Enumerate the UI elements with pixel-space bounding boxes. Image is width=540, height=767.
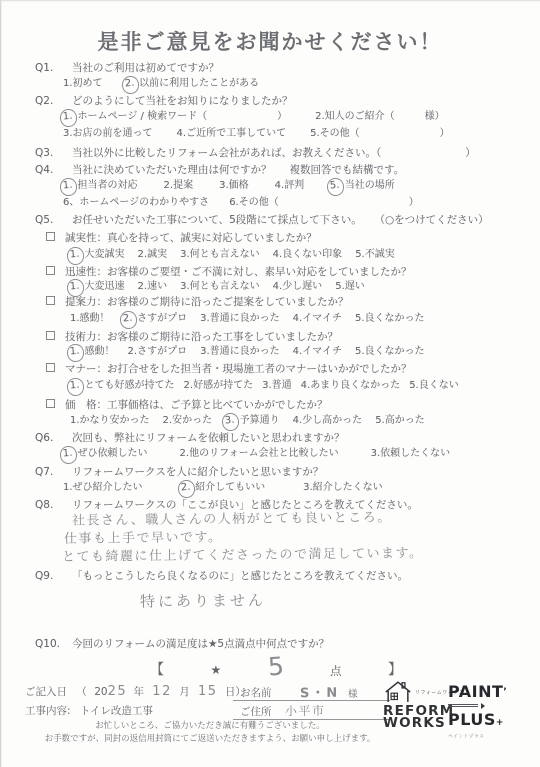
- q6-text: 次回も、弊社にリフォームを依頼したいと思われますか？: [72, 432, 344, 444]
- survey-sheet: 是非ご意見をお聞かせください！ Q1.当社のご利用は初めてですか？ 1.初めて2…: [0, 0, 540, 767]
- option-label: 当社の場所: [345, 180, 395, 191]
- checkbox-icon: [46, 232, 55, 241]
- option: 2.好感が持てた: [184, 380, 254, 391]
- option: 4.少し遅い: [273, 281, 323, 292]
- option-number: 5.: [375, 415, 385, 428]
- option-label: 良くなかった: [365, 346, 425, 357]
- option: 3.普通に良かった: [200, 313, 280, 324]
- option: 2.以前に利用したことがある: [125, 78, 260, 89]
- q6-label: Q6.: [35, 432, 72, 445]
- option: 5.良くなかった: [355, 313, 425, 324]
- option-label: 普通に良かった: [210, 346, 280, 357]
- q6-question: Q6.次回も、弊社にリフォームを依頼したいと思われますか？: [35, 432, 344, 445]
- option: 4.あまり良くなかった: [301, 380, 401, 391]
- option-number: 5.: [310, 128, 320, 141]
- option: 4.ご近所で工事していて: [177, 128, 287, 139]
- option-number: 1.: [70, 415, 80, 428]
- q5-item-proposal-options: 1.感動！2.さすがプロ3.普通に良かった4.イマイチ5.良くなかった: [70, 313, 438, 326]
- option-number: 2.: [163, 415, 173, 428]
- option-label: 提案: [173, 180, 193, 191]
- option-number: 2.: [138, 249, 148, 262]
- checkbox-icon: [46, 296, 55, 305]
- scan-edge-top: [0, 0, 540, 2]
- selected-option-circle: 1.: [59, 445, 77, 464]
- option-number: 3.: [371, 448, 381, 461]
- q8-handwritten-answer-line2: 仕事も上手で早いです。: [64, 530, 223, 548]
- option-number: 2.: [128, 346, 138, 359]
- option-label: あまり良くなかった: [310, 380, 400, 391]
- option-label: 良くなかった: [365, 313, 425, 324]
- option-number: 4.: [301, 380, 311, 393]
- name-handwritten: S・N: [300, 682, 339, 701]
- q4-question: Q4.当社に決めていただいた理由は何ですか？複数回答でも結構です。: [35, 164, 404, 177]
- option-label: 予算通り: [240, 415, 280, 426]
- q5-note: （○をつけてください）: [380, 214, 489, 226]
- option-number: 3.: [303, 482, 313, 495]
- q8-handwritten-answer-line3: とても綺麗に仕上げてくださったので満足しています。: [62, 546, 424, 566]
- year-unit: 年: [133, 686, 144, 698]
- option-number: 3.: [200, 313, 210, 326]
- work-label: 工事内容:: [25, 705, 71, 717]
- option-label: 紹介したくない: [313, 482, 383, 493]
- option-number: 2.: [315, 111, 325, 124]
- q5-item-skill: 技術力：お客様のご期待に沿った工事をしていましたか？: [46, 331, 338, 344]
- option: 1.初めて: [63, 78, 103, 89]
- option-label: 何とも言えない: [190, 249, 260, 260]
- option-number: 6.: [229, 197, 239, 210]
- option-label: ホームページ / 検索ワード（ ）: [78, 111, 288, 122]
- q4-text: 当社に決めていただいた理由は何ですか？: [72, 164, 272, 176]
- q5-item-speed: 迅速性：お客様のご要望・ご不満に対し、素早い対応をしていましたか？: [46, 266, 412, 279]
- q5-item-speed-options: 1.大変迅速2.速い3.何とも言えない4.少し遅い5.遅い: [70, 281, 378, 294]
- q5-item-title: 提案力：お客様のご期待に沿ったご提案をしていましたか？: [65, 296, 349, 308]
- option-number: 4.: [273, 281, 283, 294]
- option-label: その他（ ）: [320, 128, 450, 139]
- option: 6、ホームページのわかりやすさ: [63, 197, 209, 208]
- option-number: 3.: [262, 380, 272, 393]
- option-label: ご近所で工事していて: [186, 128, 286, 139]
- option: 5.その他（ ）: [310, 128, 450, 139]
- option-label: さすがプロ: [137, 346, 187, 357]
- option-label: 普通に良かった: [210, 313, 280, 324]
- option: 5.不誠実: [355, 249, 395, 260]
- paren-open: （: [76, 686, 87, 698]
- paint-plus-stripes: [448, 703, 507, 709]
- q5-item-title: 迅速性：お客様のご要望・ご不満に対し、素早い対応をしていましたか？: [65, 266, 412, 278]
- plus-icon: +: [496, 718, 504, 728]
- option-label: 大変迅速: [85, 281, 125, 292]
- year-handwritten: 25: [108, 684, 128, 699]
- q5-label: Q5.: [35, 214, 72, 227]
- selected-option-circle: 3.: [221, 412, 239, 431]
- form-title: 是非ご意見をお聞かせください！: [0, 26, 540, 56]
- option: 5.当社の場所: [330, 180, 395, 191]
- selected-option-circle: 5.: [326, 177, 344, 196]
- option: 5.良くない: [409, 380, 459, 391]
- q3-question: Q3.当社以外に比較したリフォーム会社があれば、お教えください。（ ）: [35, 147, 476, 160]
- option-label: 遅い: [345, 281, 365, 292]
- checkbox-icon: [46, 266, 55, 275]
- option-number: 5.: [335, 281, 345, 294]
- option-number: 4.: [273, 249, 283, 262]
- option: 1.ぜひ紹介したい: [63, 482, 143, 493]
- year-prefix: 20: [94, 686, 107, 698]
- q1-label: Q1.: [35, 62, 72, 75]
- option-label: 他のリフォーム会社と比較したい: [189, 448, 339, 459]
- option: 5.良くなかった: [355, 346, 425, 357]
- option-label: ぜひ依頼したい: [78, 448, 148, 459]
- option-number: 4.: [293, 415, 303, 428]
- option: 4.イマイチ: [293, 313, 342, 324]
- selected-option-circle: 1.: [66, 246, 84, 265]
- q5-item-title: 誠実性：真心を持って、誠実に対応していましたか？: [65, 232, 317, 244]
- checkbox-icon: [46, 331, 55, 340]
- q2-options-row1: 1.ホームページ / 検索ワード（ ）2.知人のご紹介（ 様）: [63, 111, 473, 124]
- name-underline: [233, 700, 390, 701]
- option-label: 感動！: [80, 313, 110, 324]
- q5-item-price: 価 格：工事価格は、ご予算と比べていかがでしたか？: [46, 399, 328, 412]
- q8-handwritten-answer-line1: 社長さん、職人さんの人柄がとても良いところ。: [72, 510, 392, 530]
- option: 3.何とも言えない: [180, 249, 260, 260]
- option: 5.高かった: [375, 415, 425, 426]
- option-number: 1.: [63, 78, 73, 91]
- q1-question: Q1.当社のご利用は初めてですか？: [35, 62, 219, 75]
- q5-item-title: 技術力：お客様のご期待に沿った工事をしていましたか？: [65, 331, 338, 343]
- name-honorific: 様: [348, 686, 358, 700]
- q2-text: どのようにして当社をお知りになりましたか？: [72, 95, 293, 107]
- option-number: 3.: [200, 346, 210, 359]
- option: 1.ホームページ / 検索ワード（ ）: [63, 111, 287, 122]
- q4-note: 複数回答でも結構です。: [290, 164, 405, 176]
- q5-item-sincerity-options: 1.大変誠実2.誠実3.何とも言えない4.良くない印象5.不誠実: [70, 249, 408, 262]
- q1-options: 1.初めて2.以前に利用したことがある: [63, 78, 281, 91]
- option-number: 6、: [63, 197, 79, 210]
- q5-item-manner-options: 1.とても好感が持てた2.好感が持てた3.普通4.あまり良くなかった5.良くない: [70, 380, 468, 393]
- q6-options: 1.ぜひ依頼したい2.他のリフォーム会社と比較したい3.依頼したくない: [63, 448, 482, 461]
- option-label: 良くない: [419, 380, 459, 391]
- paint-plus-text-line2: PLUS: [448, 710, 496, 729]
- q8-label: Q8.: [35, 499, 72, 512]
- paint-plus-text-line1: PAINT: [448, 682, 503, 701]
- option: 3.紹介したくない: [303, 482, 383, 493]
- option-label: 少し遅い: [282, 281, 322, 292]
- option-label: その他（ ）: [239, 197, 419, 208]
- option-label: 高かった: [385, 415, 425, 426]
- option: 3.普通: [262, 380, 292, 391]
- option: 4.良くない印象: [273, 249, 343, 260]
- q4-options-row2: 6、ホームページのわかりやすさ6.その他（ ）: [63, 197, 439, 210]
- option-label: 普通: [272, 380, 292, 391]
- option: 1.担当者の対応: [63, 180, 138, 191]
- bracket-close: 】: [388, 662, 402, 680]
- triangle-icon: [481, 703, 485, 709]
- q5-item-manner: マナー：お打合せをした担当者・現場施工者のマナーはいかがでしたか？: [46, 363, 412, 376]
- q2-question: Q2.どのようにして当社をお知りになりましたか？: [35, 95, 293, 108]
- option: 1.ぜひ依頼したい: [63, 448, 148, 459]
- q7-options: 1.ぜひ紹介したい2.紹介してもいい3.紹介したくない: [63, 482, 421, 495]
- selected-option-circle: 1.: [59, 177, 77, 196]
- q9-handwritten-answer: 特にありません: [140, 591, 266, 611]
- q5-item-skill-options: 1.感動！2.さすがプロ3.普通に良かった4.イマイチ5.良くなかった: [70, 346, 438, 359]
- q9-label: Q9.: [35, 570, 72, 583]
- month-unit: 月: [179, 686, 190, 698]
- option-number: 5.: [355, 346, 365, 359]
- q7-label: Q7.: [35, 466, 72, 479]
- selected-option-circle: 2.: [119, 310, 137, 329]
- thanks-line2: お手数ですが、同封の返信用封筒にてご返送いただきますよう、お願い申し上げます。: [0, 732, 420, 744]
- option: 5.遅い: [335, 281, 365, 292]
- month-handwritten: 12: [152, 684, 172, 699]
- option-number: 4.: [293, 346, 303, 359]
- option-number: 2.: [184, 380, 194, 393]
- option-label: 初めて: [73, 78, 103, 89]
- option-label: さすがプロ: [137, 313, 187, 324]
- selected-option-circle: 2.: [121, 75, 139, 94]
- option-label: 好感が持てた: [193, 380, 253, 391]
- option: 4.イマイチ: [293, 346, 342, 357]
- option-number: 5.: [355, 249, 365, 262]
- option-label: 以前に利用したことがある: [139, 78, 259, 89]
- option-label: 知人のご紹介（ 様）: [325, 111, 445, 122]
- selected-option-circle: 2.: [177, 479, 195, 498]
- name-label: お名前: [240, 685, 272, 700]
- option-number: 2.: [180, 448, 190, 461]
- option-number: 3.: [180, 249, 190, 262]
- option: 3.何とも言えない: [180, 281, 260, 292]
- option-number: 4.: [177, 128, 187, 141]
- option: 4.少し高かった: [293, 415, 363, 426]
- q2-options-row2: 3.お店の前を通って4.ご近所で工事していて5.その他（ ）: [63, 128, 474, 141]
- option: 4.評判: [275, 180, 305, 191]
- option-number: 4.: [275, 180, 285, 193]
- option-number: 4.: [293, 313, 303, 326]
- address-handwritten: 小平市: [285, 702, 326, 719]
- thanks-line1: お忙しいところ、ご協力いただき誠に有難うございました。: [0, 719, 420, 731]
- q7-text: リフォームワークスを人に紹介したいと思いますか？: [72, 466, 323, 478]
- option-number: 2.: [138, 281, 148, 294]
- option-number: 1.: [70, 313, 80, 326]
- option-number: 1.: [63, 482, 73, 495]
- checkbox-icon: [46, 363, 55, 372]
- option: 2.誠実: [138, 249, 168, 260]
- q2-label: Q2.: [35, 95, 72, 108]
- option: 1.かなり安かった: [70, 415, 150, 426]
- option: 2.安かった: [163, 415, 213, 426]
- q10-score-row: 【 ★ 5 点 】: [150, 648, 402, 679]
- option: 3.お店の前を通って: [63, 128, 153, 139]
- option: 3.普通に良かった: [200, 346, 280, 357]
- address-label: ご住所: [240, 704, 272, 719]
- option-number: 5.: [355, 313, 365, 326]
- q4-options-row1: 1.担当者の対応2.提案3.価格4.評判5.当社の場所: [63, 180, 421, 193]
- q5-item-proposal: 提案力：お客様のご期待に沿ったご提案をしていましたか？: [46, 296, 349, 309]
- option-label: 紹介してもいい: [195, 482, 265, 493]
- option-label: 価格: [229, 180, 249, 191]
- scan-edge-left: [0, 0, 2, 767]
- q7-question: Q7.リフォームワークスを人に紹介したいと思いますか？: [35, 466, 323, 479]
- option: 2.紹介してもいい: [181, 482, 266, 493]
- selected-option-circle: 1.: [59, 108, 77, 127]
- q5-item-sincerity: 誠実性：真心を持って、誠実に対応していましたか？: [46, 232, 317, 245]
- bracket-open: 【: [150, 662, 164, 680]
- option: 3.予算通り: [225, 415, 280, 426]
- paint-plus-logo: PAINT, PLUS+ ペイントプラス: [448, 682, 507, 740]
- option-label: とても好感が持てた: [85, 380, 175, 391]
- paint-plus-comma-mark: ,: [503, 682, 506, 692]
- option-label: かなり安かった: [80, 415, 150, 426]
- q5-item-price-options: 1.かなり安かった2.安かった3.予算通り4.少し高かった5.高かった: [70, 415, 438, 428]
- option-number: 5.: [409, 380, 419, 393]
- option-label: ホームページのわかりやすさ: [79, 197, 209, 208]
- selected-option-circle: 1.: [66, 377, 84, 396]
- option: 1.大変誠実: [70, 249, 125, 260]
- q10-handwritten-score: 5: [267, 650, 285, 682]
- entry-date-row: ご記入日 （ 2025 年 12 月 15 日）: [25, 684, 246, 699]
- checkbox-icon: [46, 399, 55, 408]
- q5-item-title: 価 格：工事価格は、ご予算と比べていかがでしたか？: [65, 399, 328, 411]
- work-row: 工事内容: トイレ改造工事: [25, 703, 153, 718]
- q1-text: 当社のご利用は初めてですか？: [72, 62, 219, 74]
- option: 2.速い: [138, 281, 168, 292]
- paint-plus-katakana: ペイントプラス: [448, 732, 492, 739]
- q10-label: Q10.: [35, 638, 72, 651]
- star-icon: ★: [210, 663, 221, 679]
- date-label: ご記入日: [25, 686, 67, 698]
- q4-label: Q4.: [35, 164, 72, 177]
- option-label: 少し高かった: [302, 415, 362, 426]
- option-number: 3.: [219, 180, 229, 193]
- option: 1.感動！: [70, 313, 110, 324]
- option-label: お店の前を通って: [73, 128, 153, 139]
- work-value: トイレ改造工事: [80, 705, 153, 717]
- q5-question: Q5.お任せいただいた工事について、5段階にて採点して下さい。（○をつけてくださ…: [35, 214, 489, 227]
- option: 1.大変迅速: [70, 281, 125, 292]
- option-label: 不誠実: [365, 249, 395, 260]
- option: 3.価格: [219, 180, 249, 191]
- q9-question: Q9.「もっとこうしたら良くなるのに」と感じたところを教えてください。: [35, 570, 408, 583]
- option: 2.さすがプロ: [128, 346, 188, 357]
- option-label: ぜひ紹介したい: [73, 482, 143, 493]
- option: 2.さすがプロ: [123, 313, 188, 324]
- q8-text: リフォームワークスの「ここが良い」と感じたところを教えてください。: [72, 499, 418, 511]
- option-number: 2.: [164, 180, 174, 193]
- selected-option-circle: 1.: [66, 278, 84, 297]
- option-label: 担当者の対応: [78, 180, 138, 191]
- q5-item-title: マナー：お打合せをした担当者・現場施工者のマナーはいかがでしたか？: [65, 363, 412, 375]
- selected-option-circle: 1.: [66, 343, 84, 362]
- option-label: 速い: [147, 281, 167, 292]
- option: 2.他のリフォーム会社と比較したい: [180, 448, 339, 459]
- option: 1.とても好感が持てた: [70, 380, 175, 391]
- q3-label: Q3.: [35, 147, 72, 160]
- q9-text: 「もっとこうしたら良くなるのに」と感じたところを教えてください。: [72, 570, 408, 582]
- option-label: 感動！: [85, 346, 115, 357]
- option-label: イマイチ: [302, 313, 342, 324]
- option-label: 誠実: [147, 249, 167, 260]
- option: 6.その他（ ）: [229, 197, 419, 208]
- q10-unit: 点: [330, 664, 342, 679]
- q5-text: お任せいただいた工事について、5段階にて採点して下さい。: [72, 214, 362, 226]
- option-label: 大変誠実: [85, 249, 125, 260]
- option: 3.依頼したくない: [371, 448, 451, 459]
- option-label: イマイチ: [302, 346, 342, 357]
- option-label: 良くない印象: [282, 249, 342, 260]
- q3-text: 当社以外に比較したリフォーム会社があれば、お教えください。（ ）: [72, 147, 476, 159]
- option-label: 評判: [284, 180, 304, 191]
- option-number: 3.: [63, 128, 73, 141]
- option-number: 3.: [180, 281, 190, 294]
- option: 2.提案: [164, 180, 194, 191]
- option: 2.知人のご紹介（ 様）: [315, 111, 445, 122]
- option: 1.感動！: [70, 346, 115, 357]
- day-handwritten: 15: [198, 684, 218, 699]
- option-label: 依頼したくない: [380, 448, 450, 459]
- option-label: 安かった: [172, 415, 212, 426]
- option-label: 何とも言えない: [190, 281, 260, 292]
